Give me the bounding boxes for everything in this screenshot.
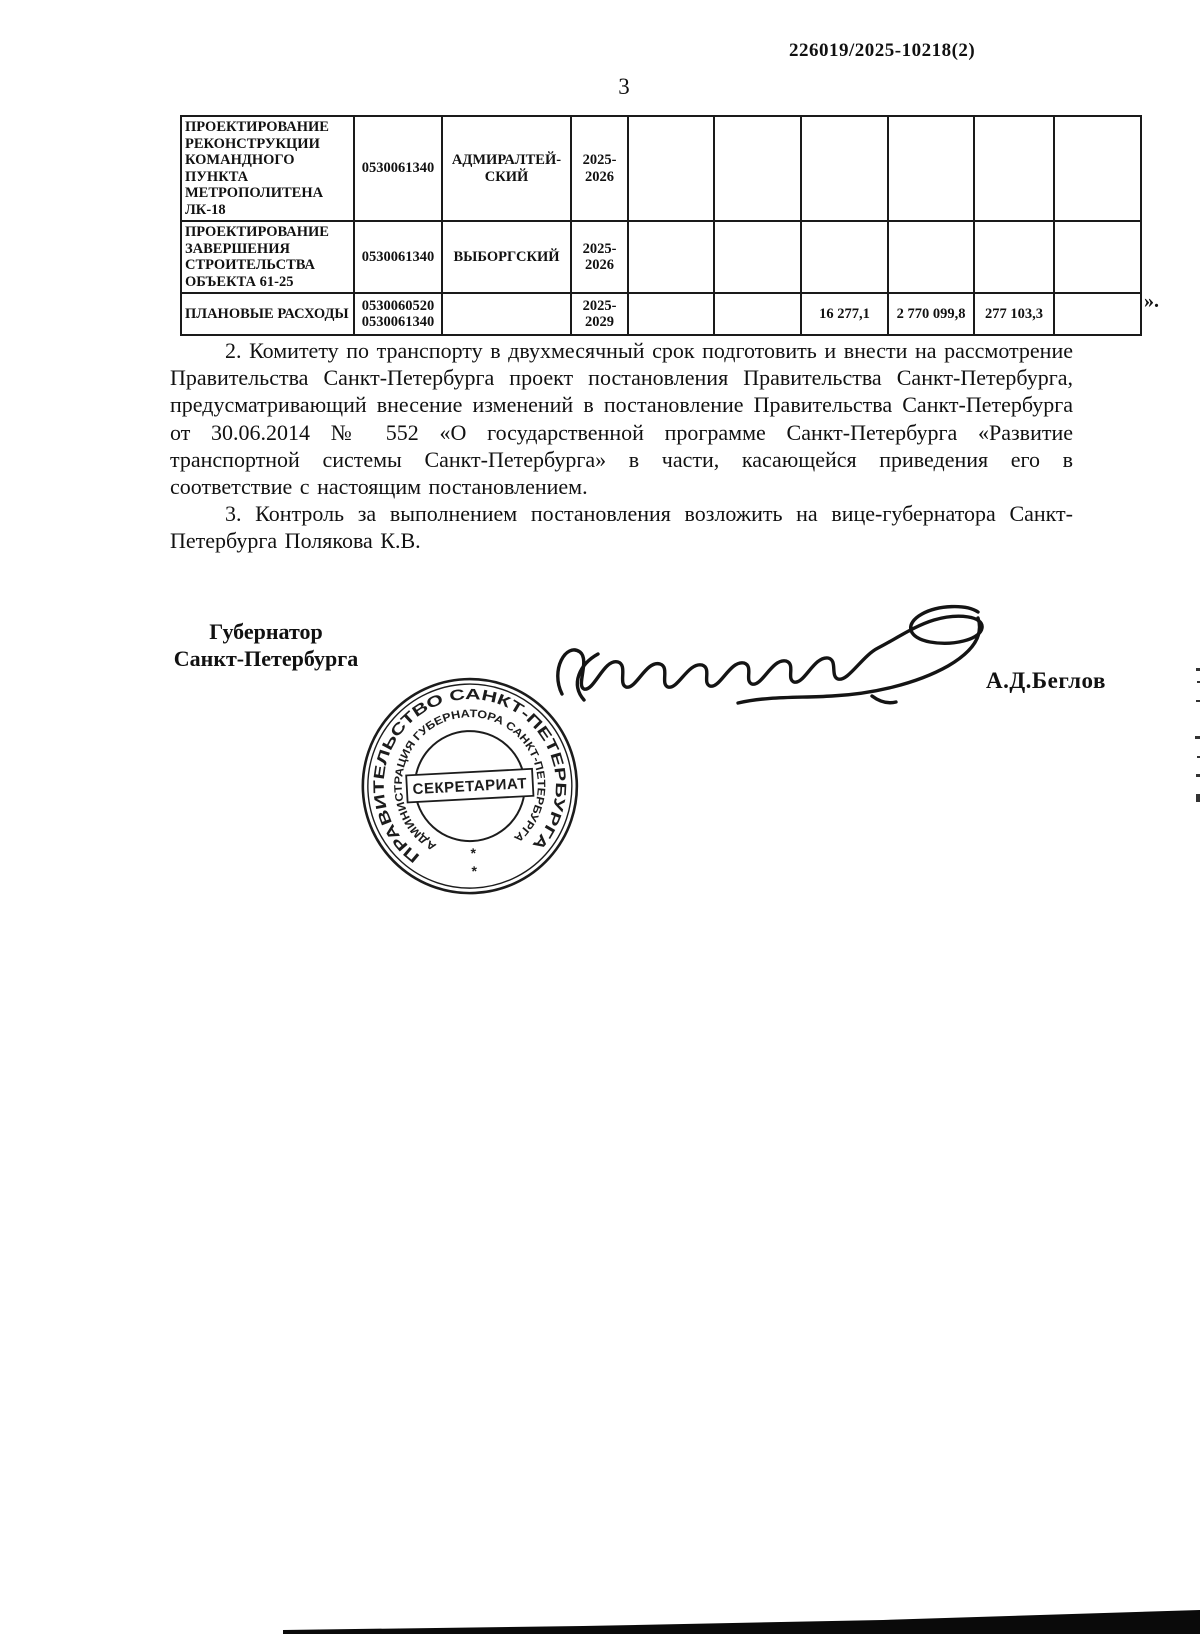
signer-title: Губернатор Санкт-Петербурга [164, 618, 368, 672]
expenses-table: ПРОЕКТИРОВАНИЕ РЕКОНСТРУКЦИИ КОМАНДНОГО … [180, 115, 1142, 336]
page-number: 3 [604, 74, 644, 100]
scan-artifact-dash [1195, 736, 1200, 739]
table-row: ПРОЕКТИРОВАНИЕ РЕКОНСТРУКЦИИ КОМАНДНОГО … [181, 116, 1141, 221]
handwritten-signature [532, 572, 1002, 712]
cell-amount: 16 277,1 [801, 293, 888, 335]
cell-code: 0530061340 [354, 116, 442, 221]
cell-district [442, 293, 571, 335]
closing-quote-mark: ». [1144, 290, 1159, 313]
cell-empty [714, 221, 801, 293]
cell-years: 2025- 2026 [571, 221, 628, 293]
stamp-asterisk: * [470, 845, 477, 861]
paragraph-2: 2. Комитету по транспорту в двухмесячный… [170, 337, 1073, 500]
table-row-planned-expenses: ПЛАНОВЫЕ РАСХОДЫ 0530060520 0530061340 2… [181, 293, 1141, 335]
cell-object-name: ПРОЕКТИРОВАНИЕ РЕКОНСТРУКЦИИ КОМАНДНОГО … [181, 116, 354, 221]
scan-artifact-bottom-bar [283, 1608, 1200, 1634]
cell-empty [1054, 221, 1141, 293]
cell-empty [974, 221, 1054, 293]
cell-code: 0530060520 0530061340 [354, 293, 442, 335]
cell-empty [1054, 116, 1141, 221]
scan-artifact-dash [1196, 794, 1200, 802]
table-row: ПРОЕКТИРОВАНИЕ ЗАВЕРШЕНИЯ СТРОИТЕЛЬСТВА … [181, 221, 1141, 293]
cell-object-name: ПЛАНОВЫЕ РАСХОДЫ [181, 293, 354, 335]
cell-amount: 277 103,3 [974, 293, 1054, 335]
document-page: 226019/2025-10218(2) 3 ПРОЕКТИРОВАНИЕ РЕ… [0, 0, 1200, 1634]
cell-empty [888, 221, 974, 293]
scan-artifact-dash [1196, 668, 1200, 671]
cell-empty [888, 116, 974, 221]
body-text: 2. Комитету по транспорту в двухмесячный… [170, 337, 1073, 555]
cell-empty [628, 293, 714, 335]
cell-empty [801, 116, 888, 221]
cell-district: ВЫБОРГСКИЙ [442, 221, 571, 293]
cell-years: 2025- 2029 [571, 293, 628, 335]
document-ref-number: 226019/2025-10218(2) [789, 40, 975, 62]
cell-district: АДМИРАЛТЕЙ- СКИЙ [442, 116, 571, 221]
scan-artifact-dash [1196, 700, 1200, 702]
cell-years: 2025- 2026 [571, 116, 628, 221]
signer-name: А.Д.Беглов [986, 668, 1106, 694]
cell-empty [714, 116, 801, 221]
cell-code: 0530061340 [354, 221, 442, 293]
cell-empty [974, 116, 1054, 221]
stamp-asterisk: * [471, 863, 478, 879]
cell-empty [714, 293, 801, 335]
cell-object-name: ПРОЕКТИРОВАНИЕ ЗАВЕРШЕНИЯ СТРОИТЕЛЬСТВА … [181, 221, 354, 293]
secretariat-stamp: ПРАВИТЕЛЬСТВО САНКТ-ПЕТЕРБУРГА АДМИНИСТР… [348, 670, 596, 908]
paragraph-3: 3. Контроль за выполнением постановления… [170, 500, 1073, 554]
cell-empty [628, 116, 714, 221]
cell-amount: 2 770 099,8 [888, 293, 974, 335]
scan-artifact-dash [1196, 774, 1200, 777]
cell-empty [801, 221, 888, 293]
cell-empty [628, 221, 714, 293]
cell-empty [1054, 293, 1141, 335]
